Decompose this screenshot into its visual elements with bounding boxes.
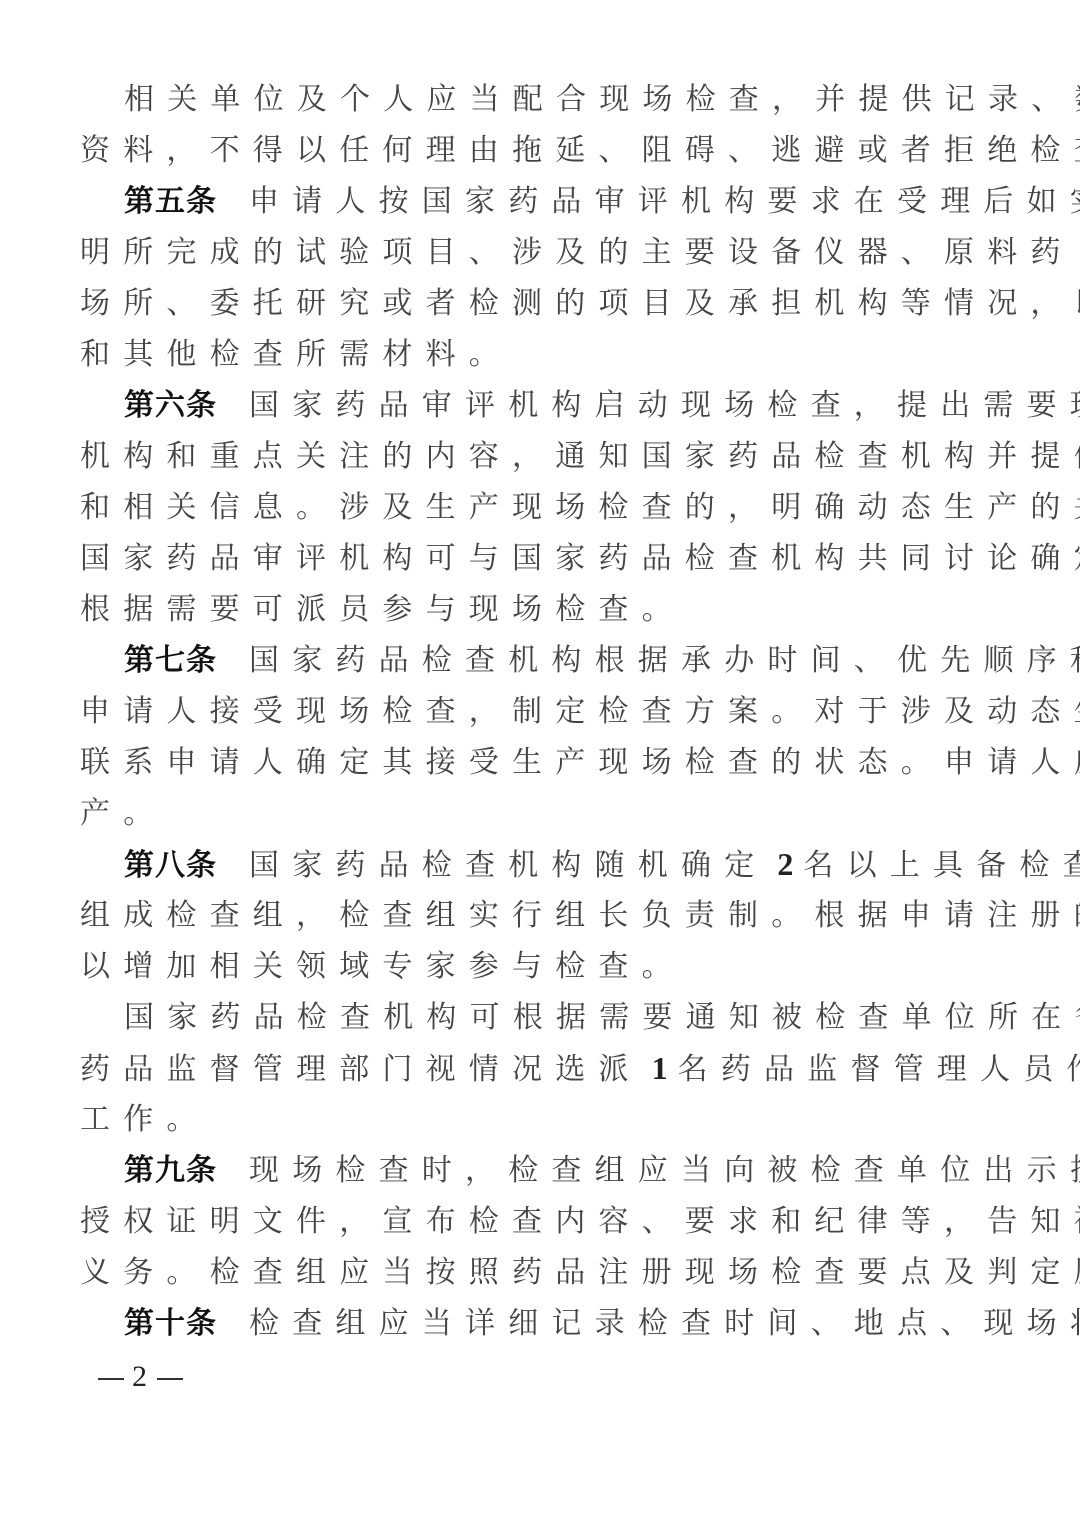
text-line: 申请人接受现场检查，制定检查方案。对于涉及动态生产现场检查的，应当 [80,686,1020,737]
text-line: 组成检查组，检查组实行组长负责制。根据申请注册的药品具体情况，可 [80,890,1020,941]
text-line: 工作。 [80,1094,1020,1145]
text-line: 第八条国家药品检查机构随机确定2名以上具备检查员资格的人员 [80,839,1020,890]
text-line: 资料，不得以任何理由拖延、阻碍、逃避或者拒绝检查。 [80,125,1020,176]
article-heading: 第九条 [124,1153,217,1188]
text-line: 国家药品检查机构可根据需要通知被检查单位所在省、自治区、直辖市 [80,992,1020,1043]
article-7: 第七条国家药品检查机构根据承办时间、优先顺序和审评进度等通知 申请人接受现场检查… [80,635,1020,839]
text-line: 场所、委托研究或者检测的项目及承担机构等情况，以及提交场地主文件 [80,278,1020,329]
text-line-body: 国家药品检查机构随机确定 [249,848,767,883]
text-line-body: 药品监督管理部门视情况选派 [80,1052,642,1087]
number-value: 2 [777,846,793,882]
article-heading: 第六条 [124,388,217,423]
text-line: 第九条现场检查时，检查组应当向被检查单位出示执法证明文件或 [80,1145,1020,1196]
text-line: 产。 [80,788,1020,839]
text-line-body: 名以上具备检查员资格的人员 [803,848,1080,883]
dash-right [157,1378,183,1380]
number-value: 1 [652,1050,668,1086]
page-number: 2 [90,1360,191,1394]
text-line: 授权证明文件，宣布检查内容、要求和纪律等，告知被检查单位的权利和 [80,1196,1020,1247]
text-line: 以增加相关领域专家参与检查。 [80,941,1020,992]
paragraph: 相关单位及个人应当配合现场检查，并提供记录、数据、信息等相关 资料，不得以任何理… [80,74,1020,176]
text-line-body: 现场检查时，检查组应当向被检查单位出示执法证明文件或 [249,1153,1080,1188]
text-line: 国家药品审评机构可与国家药品检查机构共同讨论确定现场检查关注点， [80,533,1020,584]
text-line: 根据需要可派员参与现场检查。 [80,584,1020,635]
article-heading: 第七条 [124,643,217,678]
dash-left [98,1378,124,1380]
text-line-body: 申请人按国家药品审评机构要求在受理后如实填报信息，说 [249,184,1080,219]
text-line: 第五条申请人按国家药品审评机构要求在受理后如实填报信息，说 [80,176,1020,227]
text-line-body: 名药品监督管理人员作为观察员协助检查 [678,1052,1080,1087]
text-line: 义务。检查组应当按照药品注册现场检查要点及判定原则实施现场检查。 [80,1247,1020,1298]
article-10: 第十条检查组应当详细记录检查时间、地点、现场状况、发现的问 [80,1298,1020,1349]
paragraph: 国家药品检查机构可根据需要通知被检查单位所在省、自治区、直辖市 药品监督管理部门… [80,992,1020,1145]
article-8: 第八条国家药品检查机构随机确定2名以上具备检查员资格的人员 组成检查组，检查组实… [80,839,1020,992]
text-line-body: 国家药品检查机构根据承办时间、优先顺序和审评进度等通知 [249,643,1080,678]
article-6: 第六条国家药品审评机构启动现场检查，提出需要现场检查的具体 机构和重点关注的内容… [80,380,1020,635]
text-line: 第六条国家药品审评机构启动现场检查，提出需要现场检查的具体 [80,380,1020,431]
page-number-value: 2 [132,1360,149,1393]
article-heading: 第八条 [124,848,217,883]
article-5: 第五条申请人按国家药品审评机构要求在受理后如实填报信息，说 明所完成的试验项目、… [80,176,1020,380]
text-line: 机构和重点关注的内容，通知国家药品检查机构并提供现场检查所需材料 [80,431,1020,482]
text-line: 药品监督管理部门视情况选派1名药品监督管理人员作为观察员协助检查 [80,1043,1020,1094]
text-line: 联系申请人确定其接受生产现场检查的状态。申请人应当按要求进行动态生 [80,737,1020,788]
text-line: 和其他检查所需材料。 [80,329,1020,380]
text-line: 明所完成的试验项目、涉及的主要设备仪器、原料药（药材）来源、试制 [80,227,1020,278]
text-line: 和相关信息。涉及生产现场检查的，明确动态生产的关键工序及抽样要求。 [80,482,1020,533]
article-heading: 第十条 [124,1306,217,1341]
text-line-body: 检查组应当详细记录检查时间、地点、现场状况、发现的问 [249,1306,1080,1341]
text-line: 第十条检查组应当详细记录检查时间、地点、现场状况、发现的问 [80,1298,1020,1349]
document-page: 相关单位及个人应当配合现场检查，并提供记录、数据、信息等相关 资料，不得以任何理… [80,74,1020,1349]
text-line: 相关单位及个人应当配合现场检查，并提供记录、数据、信息等相关 [80,74,1020,125]
article-heading: 第五条 [124,184,217,219]
article-9: 第九条现场检查时，检查组应当向被检查单位出示执法证明文件或 授权证明文件，宣布检… [80,1145,1020,1298]
text-line-body: 国家药品审评机构启动现场检查，提出需要现场检查的具体 [249,388,1080,423]
text-line: 第七条国家药品检查机构根据承办时间、优先顺序和审评进度等通知 [80,635,1020,686]
